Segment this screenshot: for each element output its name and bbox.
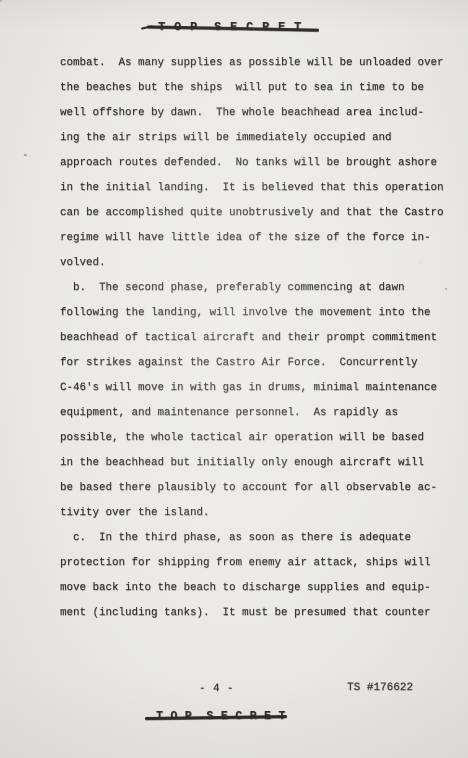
document-line: combat. As many supplies as possible wil… <box>60 51 455 76</box>
document-line: well offshore by dawn. The whole beachhe… <box>60 101 455 126</box>
document-line: C-46's will move in with gas in drums, m… <box>60 376 455 401</box>
document-line: in the initial landing. It is believed t… <box>60 176 455 201</box>
document-line: be based there plausibly to account for … <box>60 476 455 501</box>
document-line: ment (including tanks). It must be presu… <box>60 601 455 626</box>
document-line: possible, the whole tactical air operati… <box>60 426 455 451</box>
document-line: ing the air strips will be immediately o… <box>60 126 455 151</box>
document-line: b. The second phase, preferably commenci… <box>60 276 455 301</box>
document-line: in the beachhead but initially only enou… <box>60 451 455 476</box>
document-line: equipment, and maintenance personnel. As… <box>60 401 455 426</box>
document-control-number: TS #176622 <box>347 682 413 694</box>
document-line: approach routes defended. No tanks will … <box>60 151 455 176</box>
document-line: tivity over the island. <box>60 501 455 526</box>
page-number: - 4 - <box>199 683 234 695</box>
document-line: volved. <box>60 251 455 276</box>
margin-mark: - <box>22 150 29 162</box>
document-line: following the landing, will involve the … <box>60 301 455 326</box>
document-line: protection for shipping from enemy air a… <box>60 551 455 576</box>
document-line: regime will have little idea of the size… <box>60 226 455 251</box>
scanned-document-page: T O P S E C R E T - combat. As many supp… <box>0 0 468 758</box>
document-line: for strikes against the Castro Air Force… <box>60 351 455 376</box>
document-line: the beaches but the ships will put to se… <box>60 76 455 101</box>
document-body: combat. As many supplies as possible wil… <box>60 51 455 626</box>
document-line: move back into the beach to discharge su… <box>60 576 455 601</box>
document-line: beachhead of tactical aircraft and their… <box>60 326 455 351</box>
document-line: can be accomplished quite unobtrusively … <box>60 201 455 226</box>
document-line: c. In the third phase, as soon as there … <box>60 526 455 551</box>
